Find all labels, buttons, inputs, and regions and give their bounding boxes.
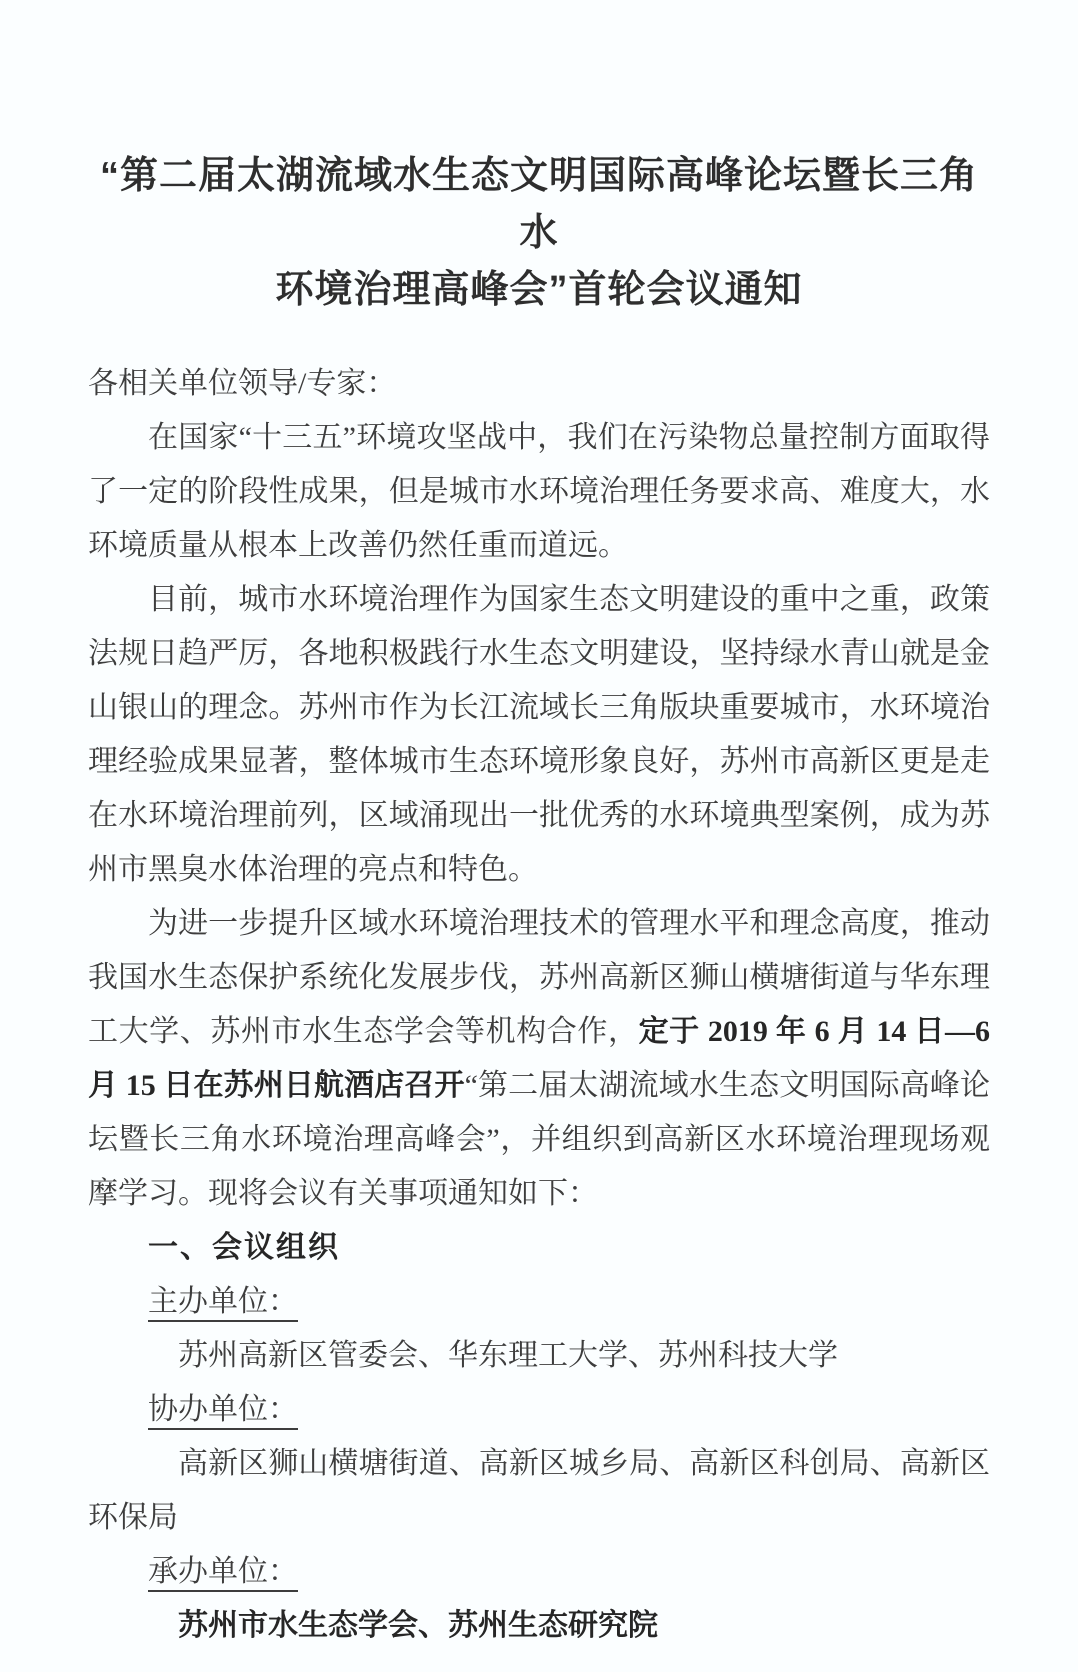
- undertaker-label: 承办单位：: [88, 1545, 990, 1599]
- paragraph-2: 目前，城市水环境治理作为国家生态文明建设的重中之重，政策法规日趋严厉，各地积极践…: [88, 573, 990, 897]
- document-body: 各相关单位领导/专家： 在国家“十三五”环境攻坚战中，我们在污染物总量控制方面取…: [88, 357, 990, 1653]
- paragraph-1: 在国家“十三五”环境攻坚战中，我们在污染物总量控制方面取得了一定的阶段性成果，但…: [88, 411, 990, 573]
- paragraph-3: 为进一步提升区域水环境治理技术的管理水平和理念高度，推动我国水生态保护系统化发展…: [88, 897, 990, 1221]
- salutation: 各相关单位领导/专家：: [88, 357, 990, 411]
- page-title-line-1: “第二届太湖流域水生态文明国际高峰论坛暨长三角水: [100, 155, 978, 254]
- undertaker-value: 苏州市水生态学会、苏州生态研究院: [88, 1599, 990, 1653]
- co-organizer-label: 协办单位：: [88, 1383, 990, 1437]
- page-title-line-2: 环境治理高峰会”首轮会议通知: [275, 269, 802, 311]
- page-title: “第二届太湖流域水生态文明国际高峰论坛暨长三角水 环境治理高峰会”首轮会议通知: [88, 148, 990, 319]
- section-heading-meeting-organization: 一、会议组织: [88, 1221, 990, 1275]
- host-unit-value: 苏州高新区管委会、华东理工大学、苏州科技大学: [88, 1329, 990, 1383]
- host-unit-label: 主办单位：: [88, 1275, 990, 1329]
- document-page: “第二届太湖流域水生态文明国际高峰论坛暨长三角水 环境治理高峰会”首轮会议通知 …: [0, 0, 1078, 1672]
- co-organizer-value: 高新区狮山横塘街道、高新区城乡局、高新区科创局、高新区环保局: [88, 1437, 990, 1545]
